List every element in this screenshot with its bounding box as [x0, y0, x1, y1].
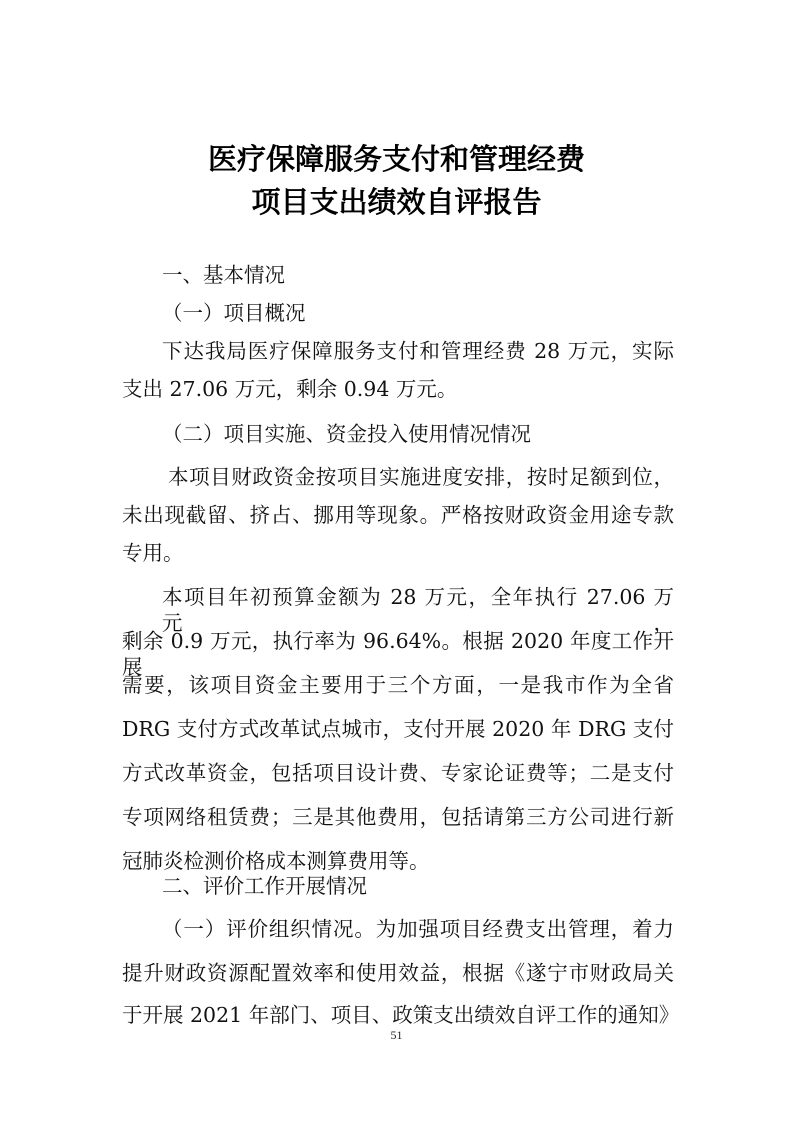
paragraph-line: 专用。 — [122, 540, 674, 566]
paragraph-line: （一）评价组织情况。为加强项目经费支出管理，着力 — [162, 916, 674, 942]
document-title-line-2: 项目支出绩效自评报告 — [0, 180, 793, 221]
paragraph-line: 冠肺炎检测价格成本测算费用等。 — [122, 848, 674, 874]
page-number: 51 — [0, 1028, 793, 1043]
heading-1-line: 二、评价工作开展情况 — [162, 873, 674, 899]
paragraph-line: 需要，该项目资金主要用于三个方面，一是我市作为全省 — [122, 672, 674, 698]
paragraph-line: 未出现截留、挤占、挪用等现象。严格按财政资金用途专款 — [122, 502, 674, 528]
paragraph-line: 方式改革资金，包括项目设计费、专家论证费等；二是支付 — [122, 760, 674, 786]
paragraph-line: 本项目财政资金按项目实施进度安排，按时足额到位， — [168, 464, 674, 490]
heading-1-line: 一、基本情况 — [162, 262, 674, 288]
paragraph-line: 提升财政资源配置效率和使用效益，根据《遂宁市财政局关 — [122, 960, 674, 986]
paragraph-line: 专项网络租赁费；三是其他费用，包括请第三方公司进行新 — [122, 804, 674, 830]
heading-2-line: （一）项目概况 — [162, 300, 674, 326]
heading-2-line: （二）项目实施、资金投入使用情况情况 — [162, 421, 674, 447]
document-title-line-1: 医疗保障服务支付和管理经费 — [0, 137, 793, 178]
document-page: 医疗保障服务支付和管理经费 项目支出绩效自评报告 一、基本情况（一）项目概况下达… — [0, 0, 793, 1122]
paragraph-line: DRG 支付方式改革试点城市，支付开展 2020 年 DRG 支付 — [122, 716, 674, 742]
paragraph-line: 支出 27.06 万元，剩余 0.94 万元。 — [122, 376, 674, 402]
paragraph-line: 于开展 2021 年部门、项目、政策支出绩效自评工作的通知》 — [122, 1002, 674, 1028]
paragraph-line: 下达我局医疗保障服务支付和管理经费 28 万元，实际 — [162, 338, 674, 364]
